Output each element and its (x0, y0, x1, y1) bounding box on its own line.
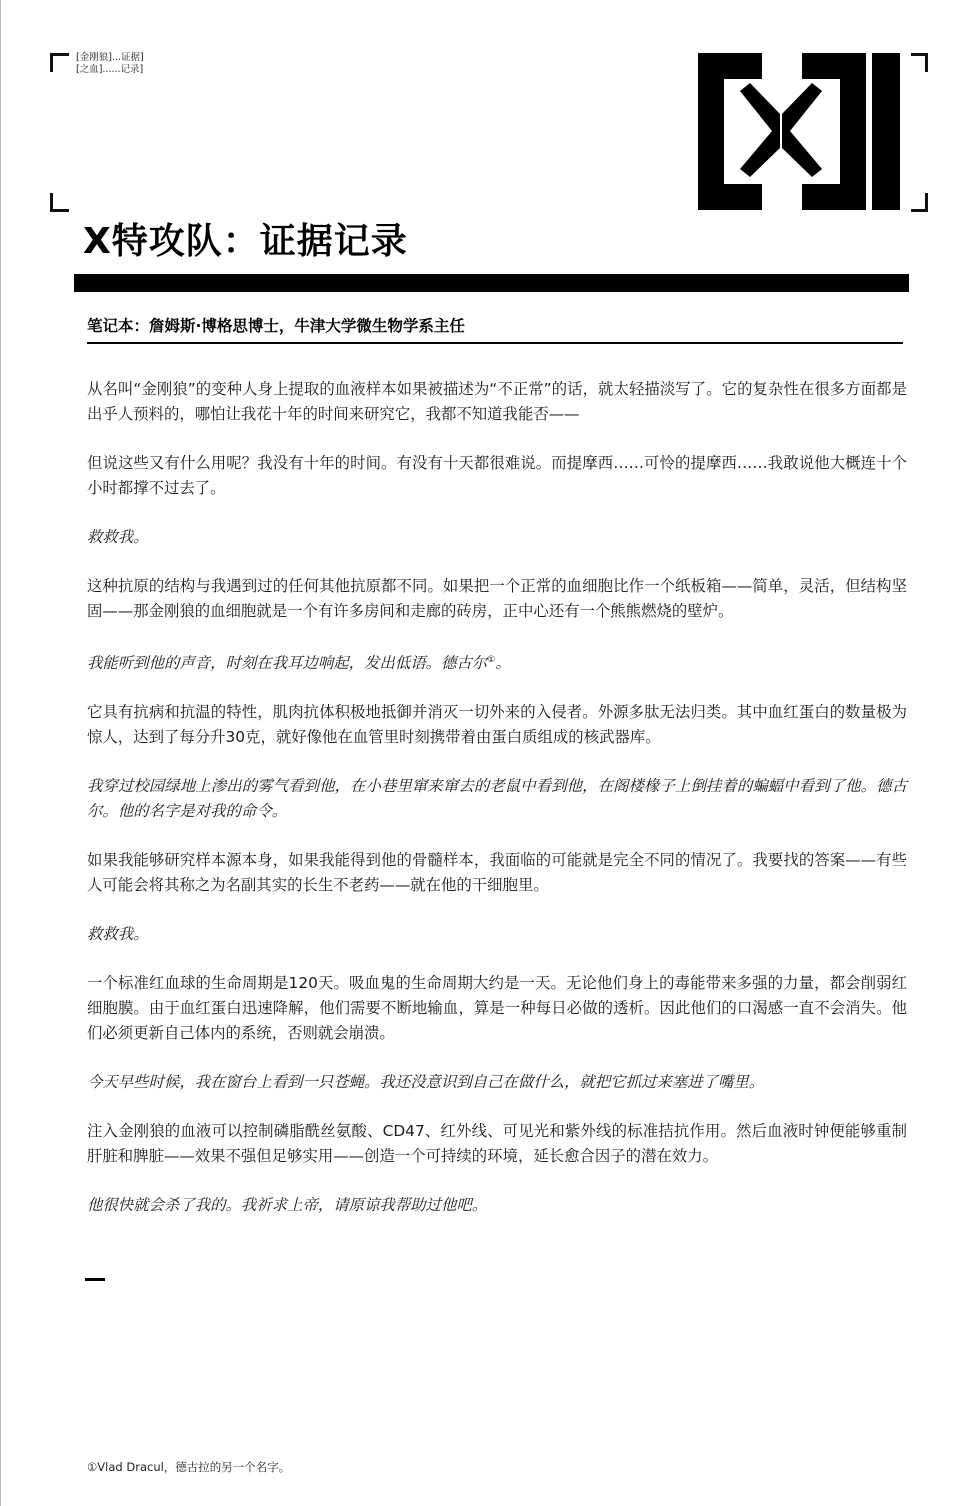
paragraph: 如果我能够研究样本源本身，如果我能得到他的骨髓样本，我面临的可能就是完全不同的情… (87, 848, 907, 898)
paragraph: 它具有抗病和抗温的特性，肌肉抗体积极地抵御并消灭一切外来的入侵者。外源多肽无法归… (87, 700, 907, 750)
paragraph: 一个标准红血球的生命周期是120天。吸血鬼的生命周期大约是一天。无论他们身上的毒… (87, 971, 907, 1046)
paragraph-italic: 我能听到他的声音，时刻在我耳边响起，发出低语。德古尔①。 (87, 648, 907, 676)
footnote: ①Vlad Dracul，德古拉的另一个名字。 (87, 1459, 290, 1475)
paragraph-suffix: 。 (495, 654, 510, 672)
header-tag-line-2: [之血]......记录] (76, 64, 144, 76)
paragraph-italic: 他很快就会杀了我的。我祈求上帝，请原谅我帮助过他吧。 (87, 1193, 907, 1218)
header-tag: [金刚狼]...证据] [之血]......记录] (76, 52, 144, 76)
paragraph: 但说这些又有什么用呢？我没有十年的时间。有没有十天都很难说。而提摩西……可怜的提… (87, 451, 907, 501)
corner-bracket-top-left (50, 53, 69, 72)
body-text: 从名叫“金刚狼”的变种人身上提取的血液样本如果被描述为“不正常”的话，就太轻描淡… (87, 377, 907, 1242)
paragraph: 这种抗原的结构与我遇到过的任何其他抗原都不同。如果把一个正常的血细胞比作一个纸板… (87, 574, 907, 624)
paragraph: 从名叫“金刚狼”的变种人身上提取的血液样本如果被描述为“不正常”的话，就太轻描淡… (87, 377, 907, 427)
notebook-subtitle: 笔记本：詹姆斯·博格思博士，牛津大学微生物学系主任 (87, 315, 465, 337)
page-title: X特攻队：证据记录 (83, 218, 408, 266)
subtitle-rule (87, 342, 903, 344)
x-bracket-logo-icon (698, 53, 902, 210)
paragraph-text: 我能听到他的声音，时刻在我耳边响起，发出低语。德古尔 (87, 654, 487, 672)
corner-bracket-bottom-right (911, 193, 928, 212)
corner-bracket-bottom-left (50, 193, 69, 212)
paragraph-italic: 今天早些时候，我在窗台上看到一只苍蝇。我还没意识到自己在做什么，就把它抓过来塞进… (87, 1070, 907, 1095)
paragraph: 注入金刚狼的血液可以控制磷脂酰丝氨酸、CD47、红外线、可见光和紫外线的标准拮抗… (87, 1119, 907, 1169)
paragraph-italic: 我穿过校园绿地上渗出的雾气看到他，在小巷里窜来窜去的老鼠中看到他，在阁楼椽子上倒… (87, 774, 907, 824)
paragraph-italic: 救救我。 (87, 922, 907, 947)
paragraph-italic: 救救我。 (87, 525, 907, 550)
header-tag-line-1: [金刚狼]...证据] (76, 52, 144, 64)
end-mark (85, 1278, 105, 1281)
corner-bracket-top-right (911, 53, 928, 72)
title-rule (74, 274, 909, 292)
